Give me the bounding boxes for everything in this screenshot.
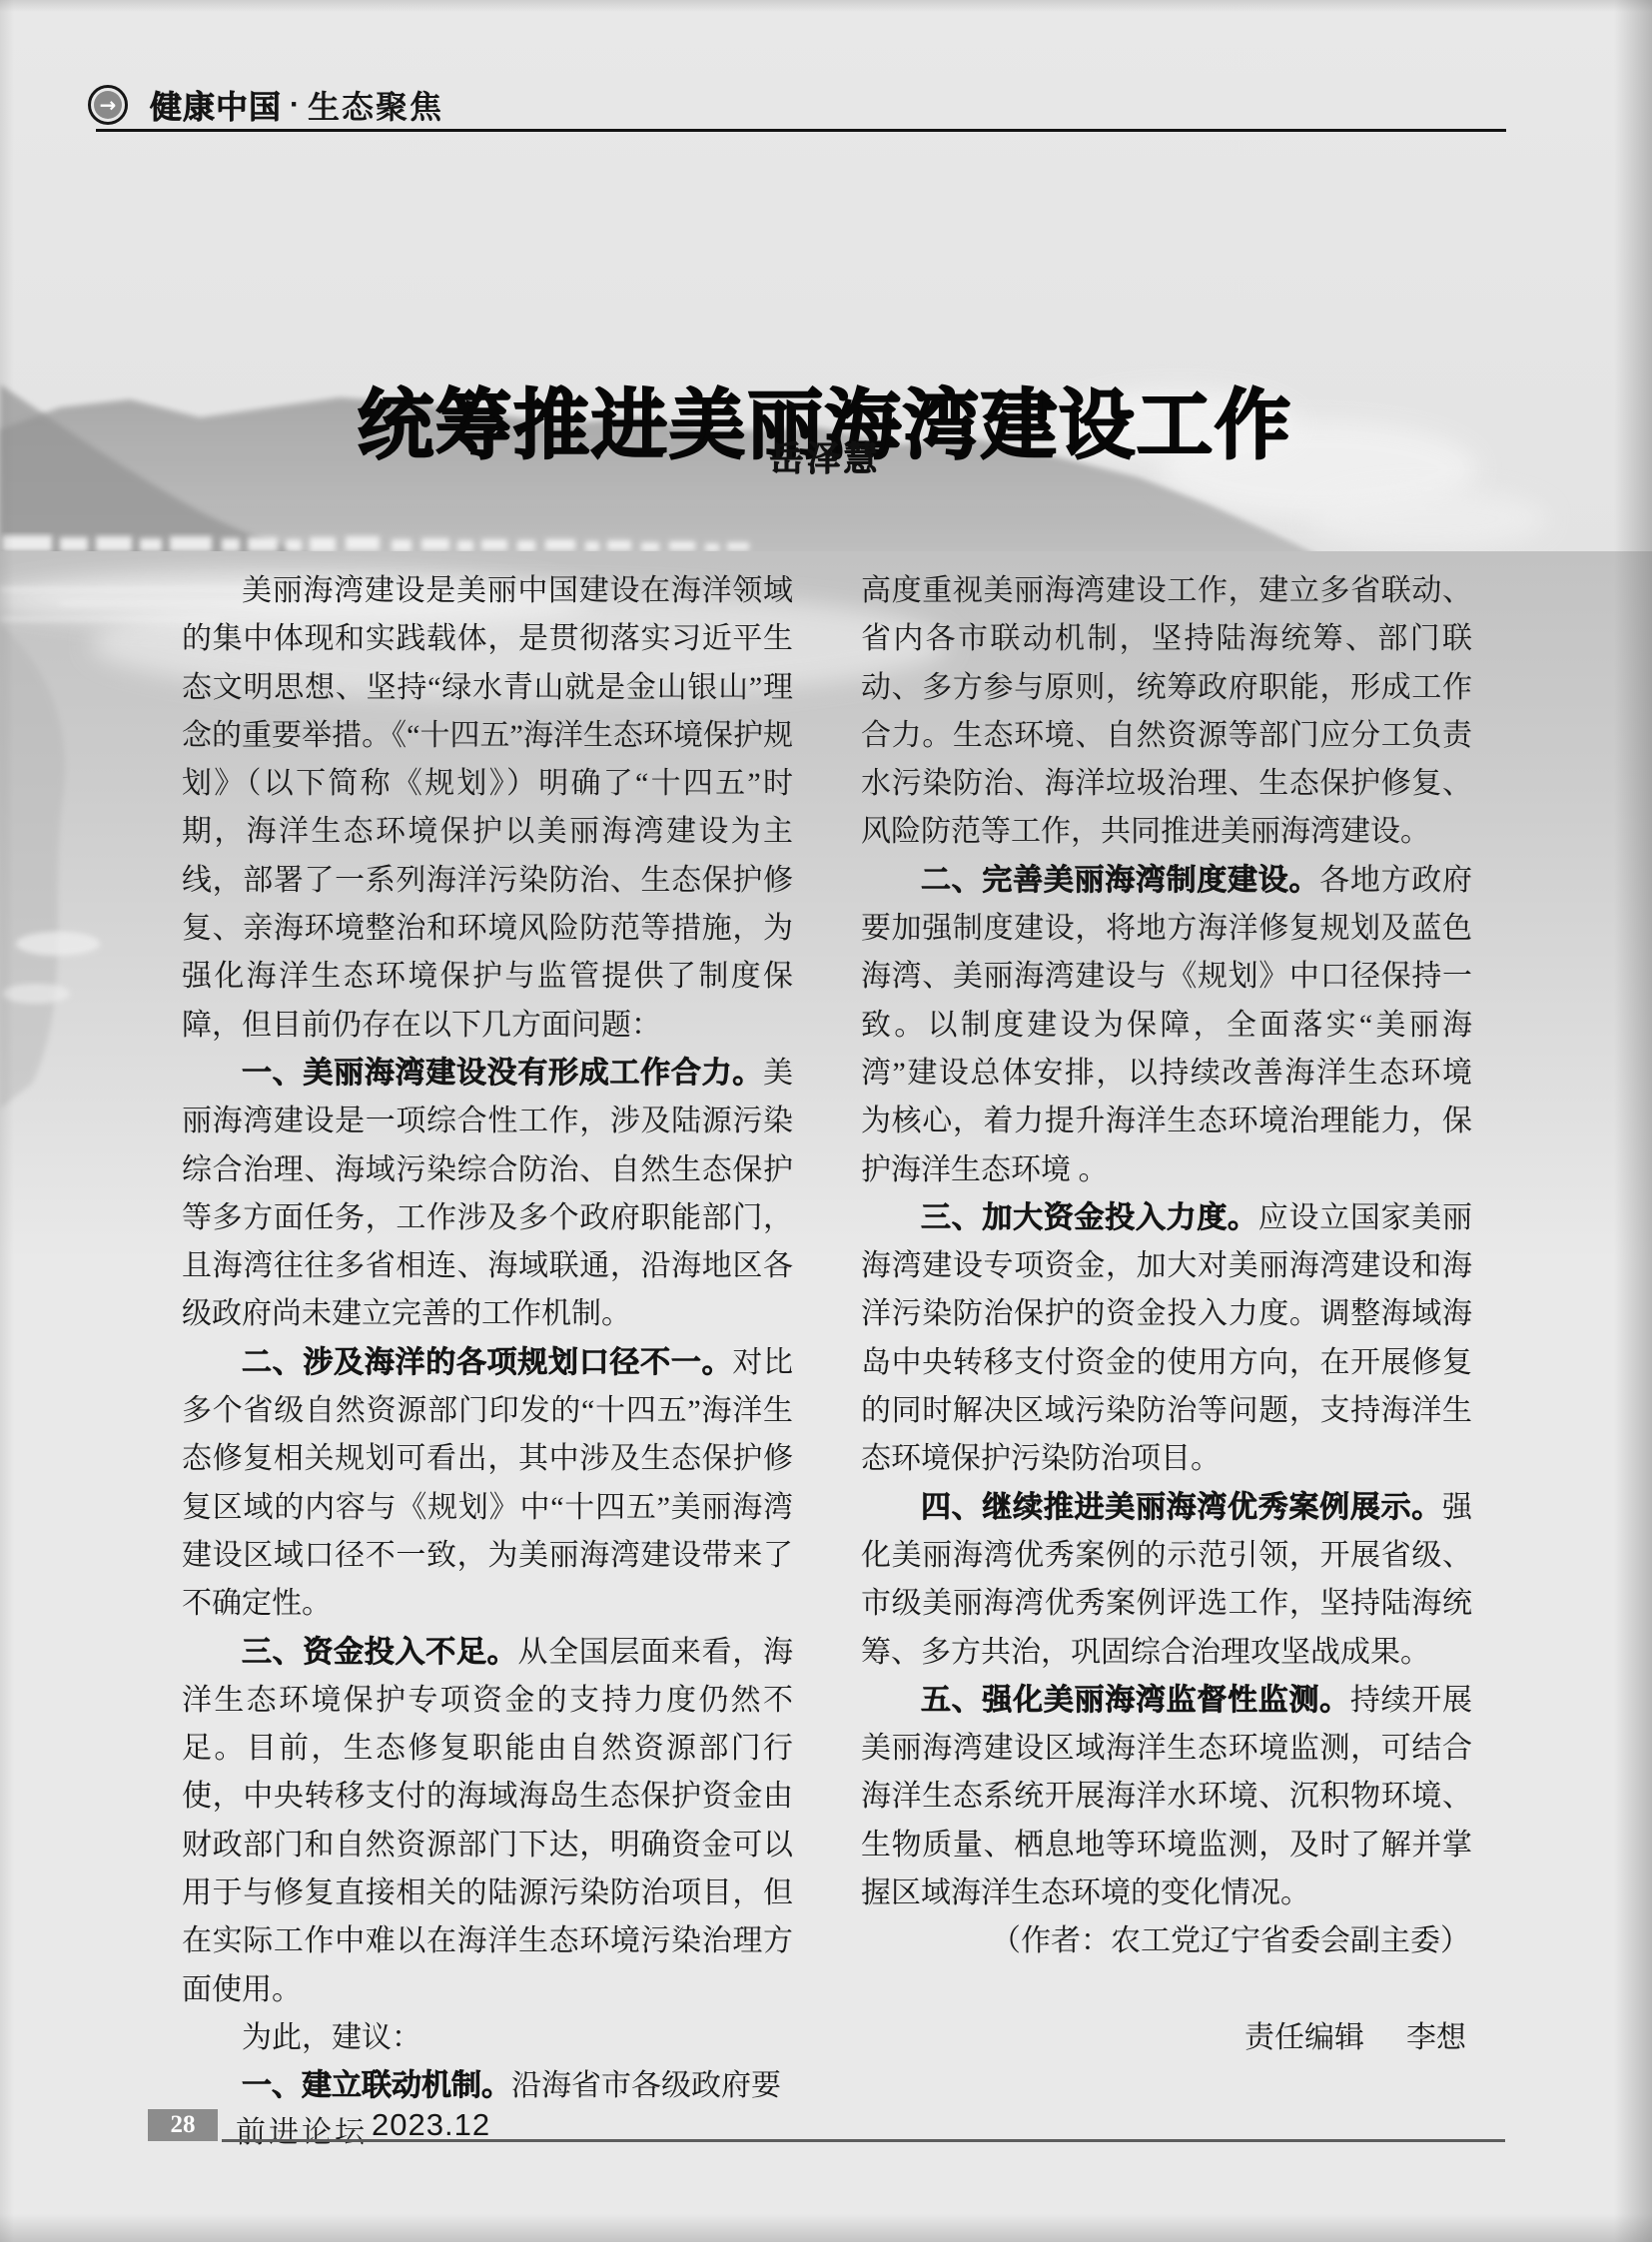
page-number-badge: 28 (148, 2109, 218, 2141)
paragraph-text: 各地方政府要加强制度建设，将地方海洋修复规划及蓝色海湾、美丽海湾建设与《规划》中… (861, 864, 1472, 1186)
paragraph-text: 美丽海湾建设是一项综合性工作，涉及陆源污染综合治理、海域污染综合防治、自然生态保… (182, 1057, 793, 1330)
header-brand: 健康中国 (150, 82, 282, 128)
page-number: 28 (171, 2111, 196, 2139)
paragraph-text: 美丽海湾建设是美丽中国建设在海洋领域的集中体现和实践载体，是贯彻落实习近平生态文… (182, 574, 793, 1042)
paragraph-text: 应设立国家美丽海湾建设专项资金，加大对美丽海湾建设和海洋污染防治保护的资金投入力… (861, 1201, 1472, 1475)
scan-edge-top (0, 0, 1652, 12)
editor-name: 李想 (1406, 2021, 1466, 2054)
paragraph-lead: 一、美丽海湾建设没有形成工作合力。 (242, 1057, 763, 1090)
paragraph-lead: 四、继续推进美丽海湾优秀案例展示。 (921, 1491, 1442, 1524)
paragraph-suggestion-3: 三、加大资金投入力度。应设立国家美丽海湾建设专项资金，加大对美丽海湾建设和海洋污… (861, 1194, 1472, 1484)
paragraph-suggestion-1-cont: 高度重视美丽海湾建设工作，建立多省联动、省内各市联动机制，坚持陆海统筹、部门联动… (861, 567, 1472, 857)
paragraph-lead: 三、加大资金投入力度。 (921, 1201, 1258, 1234)
scan-edge-right (1614, 0, 1652, 2242)
paragraph-suggestion-2: 二、完善美丽海湾制度建设。各地方政府要加强制度建设，将地方海洋修复规划及蓝色海湾… (861, 857, 1472, 1194)
right-column: 高度重视美丽海湾建设工作，建立多省联动、省内各市联动机制，坚持陆海统筹、部门联动… (861, 567, 1472, 2062)
editor-label: 责任编辑 (1244, 2021, 1364, 2054)
paragraph-text: 高度重视美丽海湾建设工作，建立多省联动、省内各市联动机制，坚持陆海统筹、部门联动… (861, 574, 1472, 848)
journal-name: 前进论坛 (236, 2107, 368, 2151)
author-note: （作者：农工党辽宁省委会副主委） (861, 1917, 1472, 1965)
paragraph-text: 从全国层面来看，海洋生态环境保护专项资金的支持力度仍然不足。目前，生态修复职能由… (182, 1636, 793, 2006)
paragraph-intro: 美丽海湾建设是美丽中国建设在海洋领域的集中体现和实践载体，是贯彻落实习近平生态文… (182, 567, 793, 1050)
paragraph-lead: 五、强化美丽海湾监督性监测。 (921, 1684, 1350, 1717)
paragraph-text: 对比多个省级自然资源部门印发的“十四五”海洋生态修复相关规划可看出，其中涉及生态… (182, 1346, 793, 1620)
paragraph-lead: 二、涉及海洋的各项规划口径不一。 (242, 1346, 732, 1379)
paragraph-suggestion-1: 一、建立联动机制。沿海省市各级政府要 (182, 2062, 793, 2110)
paragraph-text: 为此，建议： (242, 2021, 421, 2054)
paragraph-problem-1: 一、美丽海湾建设没有形成工作合力。美丽海湾建设是一项综合性工作，涉及陆源污染综合… (182, 1050, 793, 1339)
paragraph-text: 持续开展美丽海湾建设区域海洋生态环境监测，可结合海洋生态系统开展海洋水环境、沉积… (861, 1684, 1472, 1909)
arrow-glyph: → (94, 91, 122, 119)
paragraph-transition: 为此，建议： (182, 2014, 793, 2062)
issue-number: 2023.12 (372, 2107, 490, 2143)
arrow-right-circle-icon: → (88, 85, 128, 125)
paragraph-lead: 一、建立联动机制。 (242, 2069, 511, 2102)
article-author: 岳泽慧 (180, 431, 1470, 480)
header-section: 生态聚焦 (308, 82, 443, 128)
paragraph-lead: 三、资金投入不足。 (242, 1636, 517, 1669)
footer-rule (222, 2139, 1505, 2142)
left-column: 美丽海湾建设是美丽中国建设在海洋领域的集中体现和实践载体，是贯彻落实习近平生态文… (182, 567, 793, 2111)
page-header: → 健康中国 · 生态聚焦 (88, 82, 443, 128)
scan-edge-left (0, 0, 14, 2242)
paragraph-lead: 二、完善美丽海湾制度建设。 (921, 864, 1319, 897)
paragraph-suggestion-4: 四、继续推进美丽海湾优秀案例展示。强化美丽海湾优秀案例的示范引领，开展省级、市级… (861, 1484, 1472, 1677)
paragraph-problem-2: 二、涉及海洋的各项规划口径不一。对比多个省级自然资源部门印发的“十四五”海洋生态… (182, 1339, 793, 1629)
editor-line: 责任编辑李想 (861, 2014, 1472, 2062)
magazine-page: → 健康中国 · 生态聚焦 统筹推进美丽海湾建设工作 岳泽慧 美丽海湾建设是美丽… (0, 0, 1652, 2242)
header-separator: · (290, 88, 300, 122)
header-rule (96, 129, 1506, 132)
scan-edge-bottom (0, 2214, 1652, 2242)
paragraph-suggestion-5: 五、强化美丽海湾监督性监测。持续开展美丽海湾建设区域海洋生态环境监测，可结合海洋… (861, 1677, 1472, 1917)
paragraph-problem-3: 三、资金投入不足。从全国层面来看，海洋生态环境保护专项资金的支持力度仍然不足。目… (182, 1629, 793, 2014)
paragraph-text: 沿海省市各级政府要 (511, 2069, 781, 2102)
